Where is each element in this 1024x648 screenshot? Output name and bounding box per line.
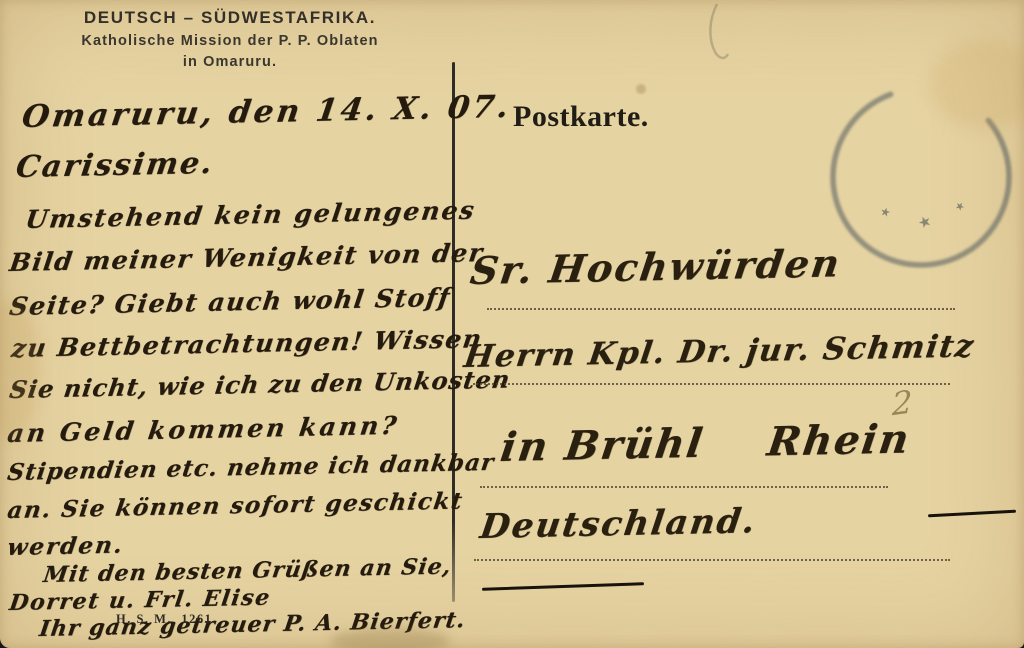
underline-rhein: [928, 510, 1016, 518]
card-type-label: Postkarte.: [513, 100, 649, 134]
publisher-code: H. S. M. 1261.: [116, 612, 217, 627]
message-line: zu Bettbetrachtungen! Wissen: [10, 326, 484, 361]
address-rule-line: [473, 383, 950, 385]
message-salutation: Carissime.: [14, 149, 216, 183]
header-region-title: DEUTSCH – SÜDWESTAFRIKA.: [28, 6, 432, 31]
address-rule-line: [487, 308, 955, 310]
address-line-town: in Brühl Rhein: [498, 419, 913, 468]
address-line-recipient-name: Herrn Kpl. Dr. jur. Schmitz: [462, 331, 976, 373]
message-line: Stipendien etc. nehme ich dankbar: [6, 451, 496, 484]
address-line-country: Deutschland.: [478, 504, 759, 544]
address-rule-line: [480, 486, 888, 488]
message-line: an. Sie können sofort geschickt: [6, 489, 465, 522]
underline-deutschland: [482, 582, 644, 590]
message-line: an Geld kommen kann?: [6, 413, 401, 446]
header-location-line: in Omaruru.: [28, 52, 432, 73]
address-line-recipient-honorific: Sr. Hochwürden: [468, 244, 844, 290]
pencil-mark: [695, 2, 735, 72]
message-line: Sie nicht, wie ich zu den Unkosten: [8, 368, 512, 402]
address-rule-line: [474, 559, 950, 561]
paper-stain: [636, 84, 646, 94]
message-line: Seite? Giebt auch wohl Stoff: [8, 285, 452, 319]
message-dateline: Omaruru, den 14. X. 07.: [20, 92, 513, 133]
postcard-back: DEUTSCH – SÜDWESTAFRIKA. Katholische Mis…: [0, 0, 1024, 648]
header-mission-line: Katholische Mission der P. P. Oblaten: [28, 31, 432, 52]
signature-line: Ihr ganz getreuer P. A. Bierfert.: [38, 609, 467, 640]
printed-header: DEUTSCH – SÜDWESTAFRIKA. Katholische Mis…: [28, 6, 432, 73]
message-line: Bild meiner Wenigkeit von der: [8, 240, 485, 275]
closing-line: Dorret u. Frl. Elise: [8, 587, 272, 614]
message-line: werden.: [6, 534, 126, 559]
postmark-circle: [818, 76, 1024, 282]
message-line: Umstehend kein gelungenes: [24, 198, 477, 232]
closing-line: Mit den besten Grüßen an Sie,: [42, 555, 453, 586]
